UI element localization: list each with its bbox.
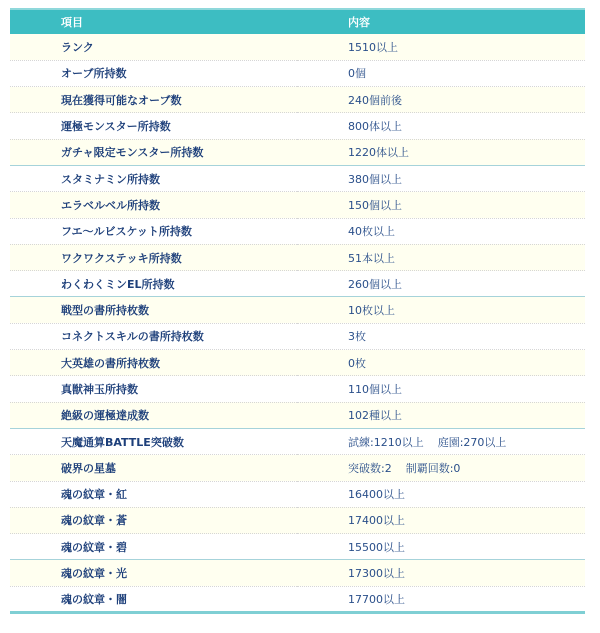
table-row: 天魔通算BATTLE突破数 試練:1210以上庭園:270以上 <box>10 428 585 454</box>
table-row: 真獣神玉所持数 110個以上 <box>10 376 585 402</box>
table-row: オーブ所持数 0個 <box>10 60 585 86</box>
table-row: ランク 1510以上 <box>10 34 585 60</box>
table-row: 大英雄の書所持枚数 0枚 <box>10 350 585 376</box>
table-row: 魂の紋章・碧 15500以上 <box>10 534 585 560</box>
row-item: 魂の紋章・碧 <box>10 534 297 560</box>
row-content: 260個以上 <box>297 271 585 297</box>
content-part-b: 制覇回数:0 <box>406 462 461 475</box>
row-content: 3枚 <box>297 323 585 349</box>
row-item: 魂の紋章・光 <box>10 560 297 586</box>
row-content: 17700以上 <box>297 586 585 612</box>
table-row: スタミナミン所持数 380個以上 <box>10 165 585 191</box>
table-row: わくわくミンEL所持数 260個以上 <box>10 271 585 297</box>
row-item: 現在獲得可能なオーブ数 <box>10 87 297 113</box>
row-item: エラベルベル所持数 <box>10 192 297 218</box>
row-content: 1510以上 <box>297 34 585 60</box>
row-content: 10枚以上 <box>297 297 585 323</box>
row-content: 110個以上 <box>297 376 585 402</box>
table-row: 運極モンスター所持数 800体以上 <box>10 113 585 139</box>
row-content: 380個以上 <box>297 165 585 191</box>
content-part-a: 突破数:2 <box>348 462 392 475</box>
table-row: 絶級の運極達成数 102種以上 <box>10 402 585 428</box>
table-row: ガチャ限定モンスター所持数 1220体以上 <box>10 139 585 165</box>
content-part-b: 庭園:270以上 <box>438 436 507 449</box>
row-content: 51本以上 <box>297 244 585 270</box>
table-row: 魂の紋章・紅 16400以上 <box>10 481 585 507</box>
row-item: 真獣神玉所持数 <box>10 376 297 402</box>
header-content: 内容 <box>297 9 585 34</box>
row-content: 1220体以上 <box>297 139 585 165</box>
table-row: フエ〜ルビスケット所持数 40枚以上 <box>10 218 585 244</box>
table-row: ワクワクステッキ所持数 51本以上 <box>10 244 585 270</box>
table-row: 戦型の書所持枚数 10枚以上 <box>10 297 585 323</box>
row-item: 天魔通算BATTLE突破数 <box>10 428 297 454</box>
row-item: 魂の紋章・紅 <box>10 481 297 507</box>
table-row: 魂の紋章・闇 17700以上 <box>10 586 585 612</box>
row-item: 魂の紋章・蒼 <box>10 507 297 533</box>
row-content: 突破数:2制覇回数:0 <box>297 455 585 481</box>
row-item: ガチャ限定モンスター所持数 <box>10 139 297 165</box>
row-item: フエ〜ルビスケット所持数 <box>10 218 297 244</box>
row-item: 絶級の運極達成数 <box>10 402 297 428</box>
row-item: 大英雄の書所持枚数 <box>10 350 297 376</box>
row-item: オーブ所持数 <box>10 60 297 86</box>
row-content: 17300以上 <box>297 560 585 586</box>
row-content: 16400以上 <box>297 481 585 507</box>
row-content: 0個 <box>297 60 585 86</box>
row-item: 戦型の書所持枚数 <box>10 297 297 323</box>
row-content: 17400以上 <box>297 507 585 533</box>
content-part-a: 試練:1210以上 <box>348 436 424 449</box>
row-item: ワクワクステッキ所持数 <box>10 244 297 270</box>
row-content: 102種以上 <box>297 402 585 428</box>
row-item: ランク <box>10 34 297 60</box>
row-item: 魂の紋章・闇 <box>10 586 297 612</box>
account-stats-table-container: 項目 内容 ランク 1510以上 オーブ所持数 0個 現在獲得可能なオーブ数 2… <box>10 8 585 614</box>
table-row: 破界の星墓 突破数:2制覇回数:0 <box>10 455 585 481</box>
row-content: 150個以上 <box>297 192 585 218</box>
row-content: 800体以上 <box>297 113 585 139</box>
row-item: わくわくミンEL所持数 <box>10 271 297 297</box>
account-stats-table: 項目 内容 ランク 1510以上 オーブ所持数 0個 現在獲得可能なオーブ数 2… <box>10 8 585 614</box>
row-content: 試練:1210以上庭園:270以上 <box>297 428 585 454</box>
row-content: 15500以上 <box>297 534 585 560</box>
row-content: 0枚 <box>297 350 585 376</box>
table-row: エラベルベル所持数 150個以上 <box>10 192 585 218</box>
table-row: 魂の紋章・蒼 17400以上 <box>10 507 585 533</box>
table-row: 魂の紋章・光 17300以上 <box>10 560 585 586</box>
table-row: コネクトスキルの書所持枚数 3枚 <box>10 323 585 349</box>
table-row: 現在獲得可能なオーブ数 240個前後 <box>10 87 585 113</box>
row-content: 240個前後 <box>297 87 585 113</box>
row-item: コネクトスキルの書所持枚数 <box>10 323 297 349</box>
header-item: 項目 <box>10 9 297 34</box>
row-item: 運極モンスター所持数 <box>10 113 297 139</box>
row-content: 40枚以上 <box>297 218 585 244</box>
row-item: スタミナミン所持数 <box>10 165 297 191</box>
row-item: 破界の星墓 <box>10 455 297 481</box>
table-header-row: 項目 内容 <box>10 9 585 34</box>
